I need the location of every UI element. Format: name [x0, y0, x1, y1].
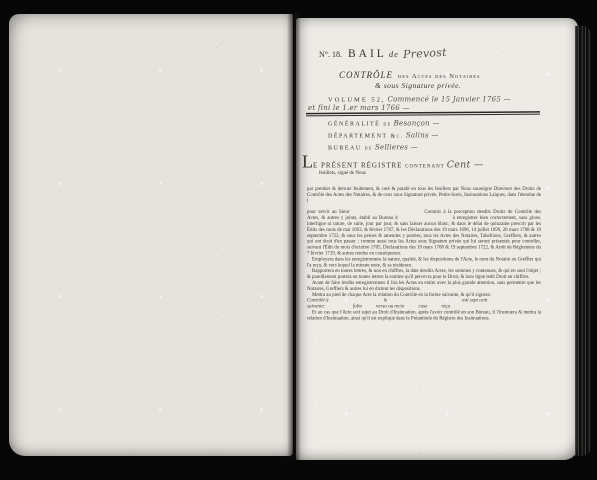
formula-segment: suivante:: [307, 304, 325, 310]
volume-line: VOLUME 52, Commencé le 15 Janvier 1765 —: [328, 95, 511, 104]
paragraph: Et au cas que l'Acte soit sujet au Droit…: [307, 310, 541, 322]
controle-heading: CONTRÔLE des Actes des Notaires: [339, 70, 481, 81]
title-connector: de: [389, 50, 399, 60]
formula-segment: Contrôlé à: [307, 298, 329, 304]
controle-rest: des Actes des Notaires: [398, 72, 481, 80]
double-rule: [306, 111, 540, 116]
register-line2: feuillets, signé de Nous: [319, 170, 366, 176]
paragraph: par premier & dernier feulement, & coté …: [307, 186, 541, 204]
departement-label: DÉPARTEMENT &c.: [328, 132, 404, 139]
folio-count-handwritten: Cent —: [447, 159, 484, 170]
generalite-label: GÉNÉRALITÉ de: [328, 120, 392, 127]
document-number-prefix: N°.: [319, 51, 330, 60]
departement-line: DÉPARTEMENT &c. Salins —: [328, 131, 439, 140]
paragraph: Rapportera en toutes lettres, & non en c…: [307, 268, 541, 280]
register-line1: E PRÉSENT RÉGISTRE contenant: [313, 162, 445, 170]
bureau-line: BUREAU de Sellieres —: [328, 143, 418, 152]
left-page-blank: [9, 14, 293, 456]
generalite-line: GÉNÉRALITÉ de Besançon —: [328, 119, 440, 128]
paragraph-segment: pour servir au Sieur: [307, 209, 349, 215]
book-gutter: [287, 12, 301, 460]
right-page: N°. 18.BAIL de Prevost CONTRÔLE des Acte…: [296, 18, 578, 460]
document-title: BAIL: [348, 47, 387, 60]
paragraph-segment: à enregistrer bien correctement, sans gl…: [307, 215, 541, 256]
formula-segment: verso ou recto: [376, 304, 404, 310]
body-text-column: par premier & dernier feulement, & coté …: [307, 186, 541, 321]
formula-segment: case: [418, 304, 427, 310]
dropcap-L: L: [302, 152, 313, 172]
paragraph-with-blanks: pour servir au SieurCommis à la percepti…: [307, 209, 541, 256]
formula-segment: folio: [353, 304, 362, 310]
book-scan: N°. 18.BAIL de Prevost CONTRÔLE des Acte…: [0, 0, 597, 480]
register-opening: LE PRÉSENT RÉGISTRE contenant Cent —: [302, 154, 484, 170]
document-number-value: 18.: [332, 51, 342, 60]
handwritten-party-name: Prevost: [403, 46, 447, 61]
signature-privee-line: & sous Signature privée.: [375, 82, 461, 91]
generalite-value-handwritten: Besançon —: [394, 120, 440, 128]
paragraph: Avant de faire lesdits enregistremens il…: [307, 280, 541, 292]
right-page-content: N°. 18.BAIL de Prevost CONTRÔLE des Acte…: [296, 18, 578, 460]
paragraph: Employera dans les enregistremens la nat…: [307, 256, 541, 268]
formula-segment: mil sept cent: [462, 298, 487, 304]
page-edge-texture: [575, 26, 591, 456]
bureau-label: BUREAU de: [328, 144, 373, 151]
formula-segment: reçu: [441, 304, 450, 310]
volume-end-handwritten: et fini le 1.er mars 1766 —: [308, 104, 410, 112]
title-line: N°. 18.BAIL de Prevost: [319, 47, 447, 60]
volume-label: VOLUME 52,: [328, 96, 386, 104]
volume-start-handwritten: Commencé le 15 Janvier 1765 —: [388, 96, 511, 104]
controle-word: CONTRÔLE: [339, 70, 393, 80]
departement-value-handwritten: Salins —: [406, 132, 439, 140]
formula-segment: le: [384, 298, 388, 304]
bureau-value-handwritten: Sellieres —: [375, 144, 418, 152]
